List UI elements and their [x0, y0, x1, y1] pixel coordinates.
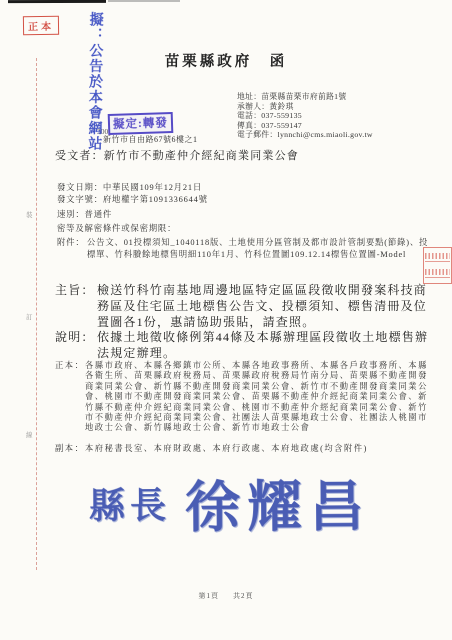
red-stamp-text-row	[425, 269, 450, 278]
description-section: 說明： 依據土地徵收條例第44條及本縣辦理區段徵收土地標售辦法規定辦理。	[55, 330, 439, 362]
cc-recipients-list: 本府秘書長室、本府財政處、本府行政處、本府地政處(均含附件)	[85, 444, 429, 454]
contact-handler: 承辦人：黃鈴琪	[237, 102, 373, 112]
contact-fax: 傳真：037-559147	[237, 121, 373, 131]
primary-recipients-section: 正本： 各縣市政府、本縣各鄉鎮市公所、本縣各地政事務所、本縣各戶政事務所、本縣各…	[55, 361, 429, 434]
primary-recipients-label: 正本：	[55, 361, 85, 371]
subject-section: 主旨： 檢送竹科竹南基地周邊地區特定區區段徵收開發案科技商務區及住宅區土地標售公…	[55, 283, 439, 330]
binding-mark: 裝	[26, 210, 33, 219]
scanned-official-letter: 正本 擬：公告於本會網站 苗栗縣政府 函 地址：苗栗縣苗栗市府前路1號 承辦人：…	[0, 0, 452, 640]
contact-block: 地址：苗栗縣苗栗市府前路1號 承辦人：黃鈴琪 電話：037-559135 傳真：…	[237, 92, 373, 140]
page-number: 第1頁	[199, 592, 220, 600]
binding-mark: 訂	[26, 312, 33, 321]
delivery-speed: 速別：普通件	[57, 210, 435, 219]
meta-block: 發文日期：中華民國109年12月21日 發文字號：府地權字第1091336644…	[57, 183, 435, 260]
attachments-label: 附件：	[57, 237, 87, 249]
magistrate-signature-stamp: 縣長 徐耀昌	[30, 455, 431, 550]
description-label: 說明：	[55, 330, 97, 346]
cc-recipients-section: 副本： 本府秘書長室、本府財政處、本府行政處、本府地政處(均含附件)	[55, 444, 429, 454]
page-footer: 第1頁共2頁	[0, 591, 452, 601]
contact-address: 地址：苗栗縣苗栗市府前路1號	[237, 92, 373, 102]
contact-email: 電子郵件：lynnchi@cms.miaoli.gov.tw	[237, 130, 373, 140]
red-stamp-text-row	[425, 253, 450, 262]
signature-name: 徐耀昌	[185, 462, 372, 542]
binding-dashed-line	[36, 58, 37, 570]
delegation-red-stamp	[423, 247, 452, 284]
security-classification: 密等及解密條件或保密期限：	[57, 224, 435, 233]
document-title: 苗栗縣政府 函	[0, 50, 452, 71]
subject-label: 主旨：	[55, 283, 97, 299]
description-text: 依據土地徵收條例第44條及本縣辦理區段徵收土地標售辦法規定辦理。	[97, 330, 439, 362]
handwritten-note: 擬：公告於本會網站	[83, 12, 105, 164]
issue-date: 發文日期：中華民國109年12月21日	[57, 183, 435, 192]
approval-stamp: 擬定:轉發	[108, 112, 173, 135]
original-copy-stamp: 正本	[23, 16, 59, 36]
cc-recipients-label: 副本：	[55, 444, 85, 454]
signature-title: 縣長	[89, 477, 171, 529]
scan-artifact-light	[108, 0, 180, 2]
binding-mark: 線	[26, 430, 33, 439]
subject-text: 檢送竹科竹南基地周邊地區特定區區段徵收開發案科技商務區及住宅區土地標售公告文、投…	[97, 283, 439, 330]
contact-phone: 電話：037-559135	[237, 111, 373, 121]
primary-recipients-list: 各縣市政府、本縣各鄉鎮市公所、本縣各地政事務所、本縣各戶政事務所、本縣各衛生所、…	[85, 361, 429, 434]
recipient-street-address: 新竹市自由路67號6樓之1	[103, 134, 198, 145]
issue-number: 發文字號：府地權字第1091336644號	[57, 195, 435, 204]
page-total: 共2頁	[233, 592, 254, 600]
attachments-list: 公告文、01投標須知_1040118版、土地使用分區管制及都市設計管制要點(節錄…	[87, 237, 435, 260]
attachments: 附件： 公告文、01投標須知_1040118版、土地使用分區管制及都市設計管制要…	[57, 237, 435, 260]
scan-artifact-dark	[8, 0, 106, 3]
